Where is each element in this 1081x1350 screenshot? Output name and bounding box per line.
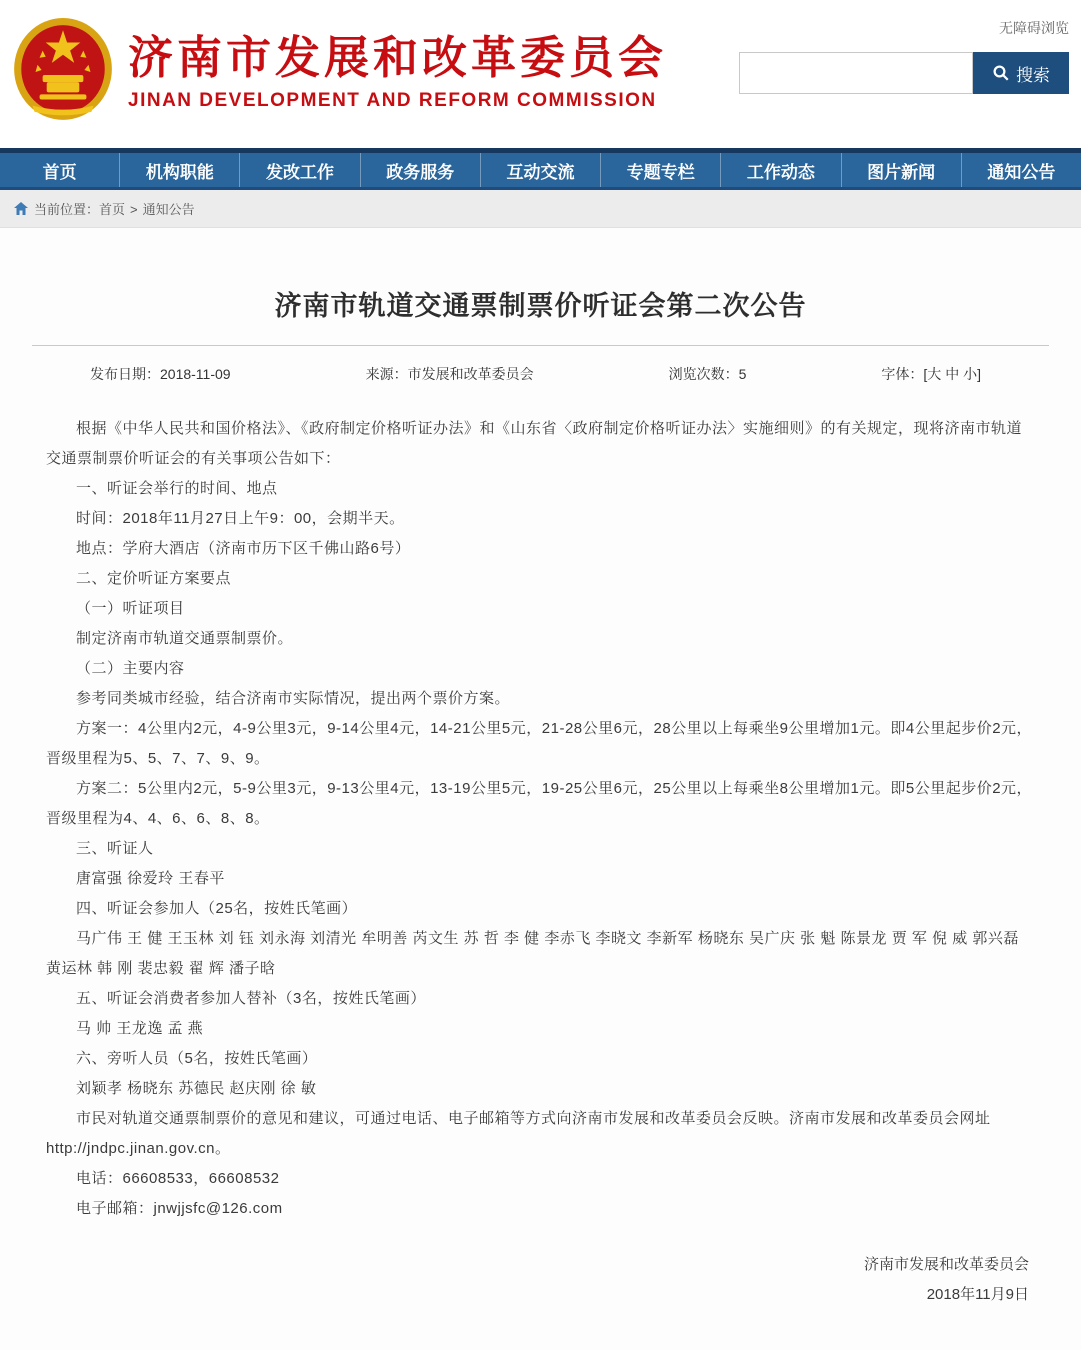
paragraph-21: 电子邮箱：jnwjjsfc@126.com — [46, 1194, 1035, 1224]
page: 济南市发展和改革委员会 JINAN DEVELOPMENT AND REFORM… — [0, 0, 1081, 1350]
paragraph-7: （二）主要内容 — [46, 654, 1035, 684]
search-button[interactable]: 搜索 — [973, 52, 1069, 94]
paragraph-19: 市民对轨道交通票制票价的意见和建议，可通过电话、电子邮箱等方式向济南市发展和改革… — [46, 1104, 1035, 1164]
paragraph-4: 二、定价听证方案要点 — [46, 564, 1035, 594]
signature-org: 济南市发展和改革委员会 — [0, 1250, 1029, 1280]
paragraph-6: 制定济南市轨道交通票制票价。 — [46, 624, 1035, 654]
article: 济南市轨道交通票制票价听证会第二次公告 发布日期：2018-11-09 来源：市… — [0, 228, 1081, 1350]
paragraph-2: 时间：2018年11月27日上午9：00，会期半天。 — [46, 504, 1035, 534]
publish-date-value: 2018-11-09 — [160, 366, 231, 382]
nav-item-2[interactable]: 发改工作 — [240, 153, 360, 187]
meta-views: 浏览次数：5 — [669, 364, 747, 384]
paragraph-1: 一、听证会举行的时间、地点 — [46, 474, 1035, 504]
nav-item-6[interactable]: 工作动态 — [721, 153, 841, 187]
source-value: 市发展和改革委员会 — [408, 366, 534, 382]
paragraph-0: 根据《中华人民共和国价格法》、《政府制定价格听证办法》和《山东省〈政府制定价格听… — [46, 414, 1035, 474]
signature-date: 2018年11月9日 — [0, 1280, 1029, 1310]
breadcrumb: 当前位置： 首页>通知公告 — [0, 190, 1081, 228]
breadcrumb-link-0[interactable]: 首页 — [99, 202, 125, 217]
paragraph-14: 马广伟 王 健 王玉林 刘 钰 刘永海 刘清光 牟明善 芮文生 苏 哲 李 健 … — [46, 924, 1035, 984]
paragraph-10: 方案二：5公里内2元，5-9公里3元，9-13公里4元，13-19公里5元，19… — [46, 774, 1035, 834]
article-title: 济南市轨道交通票制票价听证会第二次公告 — [0, 284, 1081, 323]
search-bar: 搜索 — [739, 52, 1069, 94]
nav-item-1[interactable]: 机构职能 — [120, 153, 240, 187]
paragraph-11: 三、听证人 — [46, 834, 1035, 864]
paragraph-15: 五、听证会消费者参加人替补（3名，按姓氏笔画） — [46, 984, 1035, 1014]
article-meta: 发布日期：2018-11-09 来源：市发展和改革委员会 浏览次数：5 字体：[… — [0, 346, 1081, 384]
source-label: 来源： — [366, 366, 408, 382]
accessibility-link[interactable]: 无障碍浏览 — [999, 18, 1069, 38]
breadcrumb-separator: > — [130, 202, 138, 217]
nav-item-5[interactable]: 专题专栏 — [601, 153, 721, 187]
site-title-en: JINAN DEVELOPMENT AND REFORM COMMISSION — [128, 90, 667, 112]
breadcrumb-path: 首页>通知公告 — [99, 199, 195, 218]
paragraph-8: 参考同类城市经验，结合济南市实际情况，提出两个票价方案。 — [46, 684, 1035, 714]
nav-item-4[interactable]: 互动交流 — [481, 153, 601, 187]
paragraph-17: 六、旁听人员（5名，按姓氏笔画） — [46, 1044, 1035, 1074]
font-size-switcher[interactable]: [大 中 小] — [923, 366, 981, 382]
meta-publish-date: 发布日期：2018-11-09 — [90, 364, 231, 384]
home-icon — [14, 202, 28, 215]
nav-item-0[interactable]: 首页 — [0, 153, 120, 187]
nav-item-8[interactable]: 通知公告 — [962, 153, 1081, 187]
nav-item-7[interactable]: 图片新闻 — [842, 153, 962, 187]
article-body: 根据《中华人民共和国价格法》、《政府制定价格听证办法》和《山东省〈政府制定价格听… — [0, 384, 1081, 1224]
font-size-label: 字体： — [881, 366, 923, 382]
brand-text: 济南市发展和改革委员会 JINAN DEVELOPMENT AND REFORM… — [128, 32, 667, 112]
header-right: 无障碍浏览 搜索 — [739, 18, 1069, 94]
article-signature: 济南市发展和改革委员会 2018年11月9日 — [0, 1224, 1081, 1350]
paragraph-16: 马 帅 王龙逸 孟 燕 — [46, 1014, 1035, 1044]
paragraph-20: 电话：66608533，66608532 — [46, 1164, 1035, 1194]
paragraph-13: 四、听证会参加人（25名，按姓氏笔画） — [46, 894, 1035, 924]
paragraph-18: 刘颖孝 杨晓东 苏德民 赵庆刚 徐 敏 — [46, 1074, 1035, 1104]
search-icon — [992, 64, 1010, 82]
breadcrumb-link-1[interactable]: 通知公告 — [143, 202, 195, 217]
site-title-cn: 济南市发展和改革委员会 — [128, 32, 667, 84]
search-button-label: 搜索 — [1016, 61, 1050, 86]
paragraph-9: 方案一：4公里内2元，4-9公里3元，9-14公里4元，14-21公里5元，21… — [46, 714, 1035, 774]
paragraph-3: 地点：学府大酒店（济南市历下区千佛山路6号） — [46, 534, 1035, 564]
nav-item-3[interactable]: 政务服务 — [361, 153, 481, 187]
meta-font-size: 字体：[大 中 小] — [881, 364, 981, 384]
paragraph-5: （一）听证项目 — [46, 594, 1035, 624]
publish-date-label: 发布日期： — [90, 366, 160, 382]
views-label: 浏览次数： — [669, 366, 739, 382]
search-input[interactable] — [739, 52, 973, 94]
breadcrumb-location-label: 当前位置： — [34, 199, 99, 218]
paragraph-12: 唐富强 徐爱玲 王春平 — [46, 864, 1035, 894]
national-emblem-logo — [12, 16, 114, 128]
site-header: 济南市发展和改革委员会 JINAN DEVELOPMENT AND REFORM… — [0, 0, 1081, 148]
main-nav: 首页机构职能发改工作政务服务互动交流专题专栏工作动态图片新闻通知公告 — [0, 148, 1081, 190]
views-count: 5 — [739, 366, 747, 382]
meta-source: 来源：市发展和改革委员会 — [366, 364, 534, 384]
